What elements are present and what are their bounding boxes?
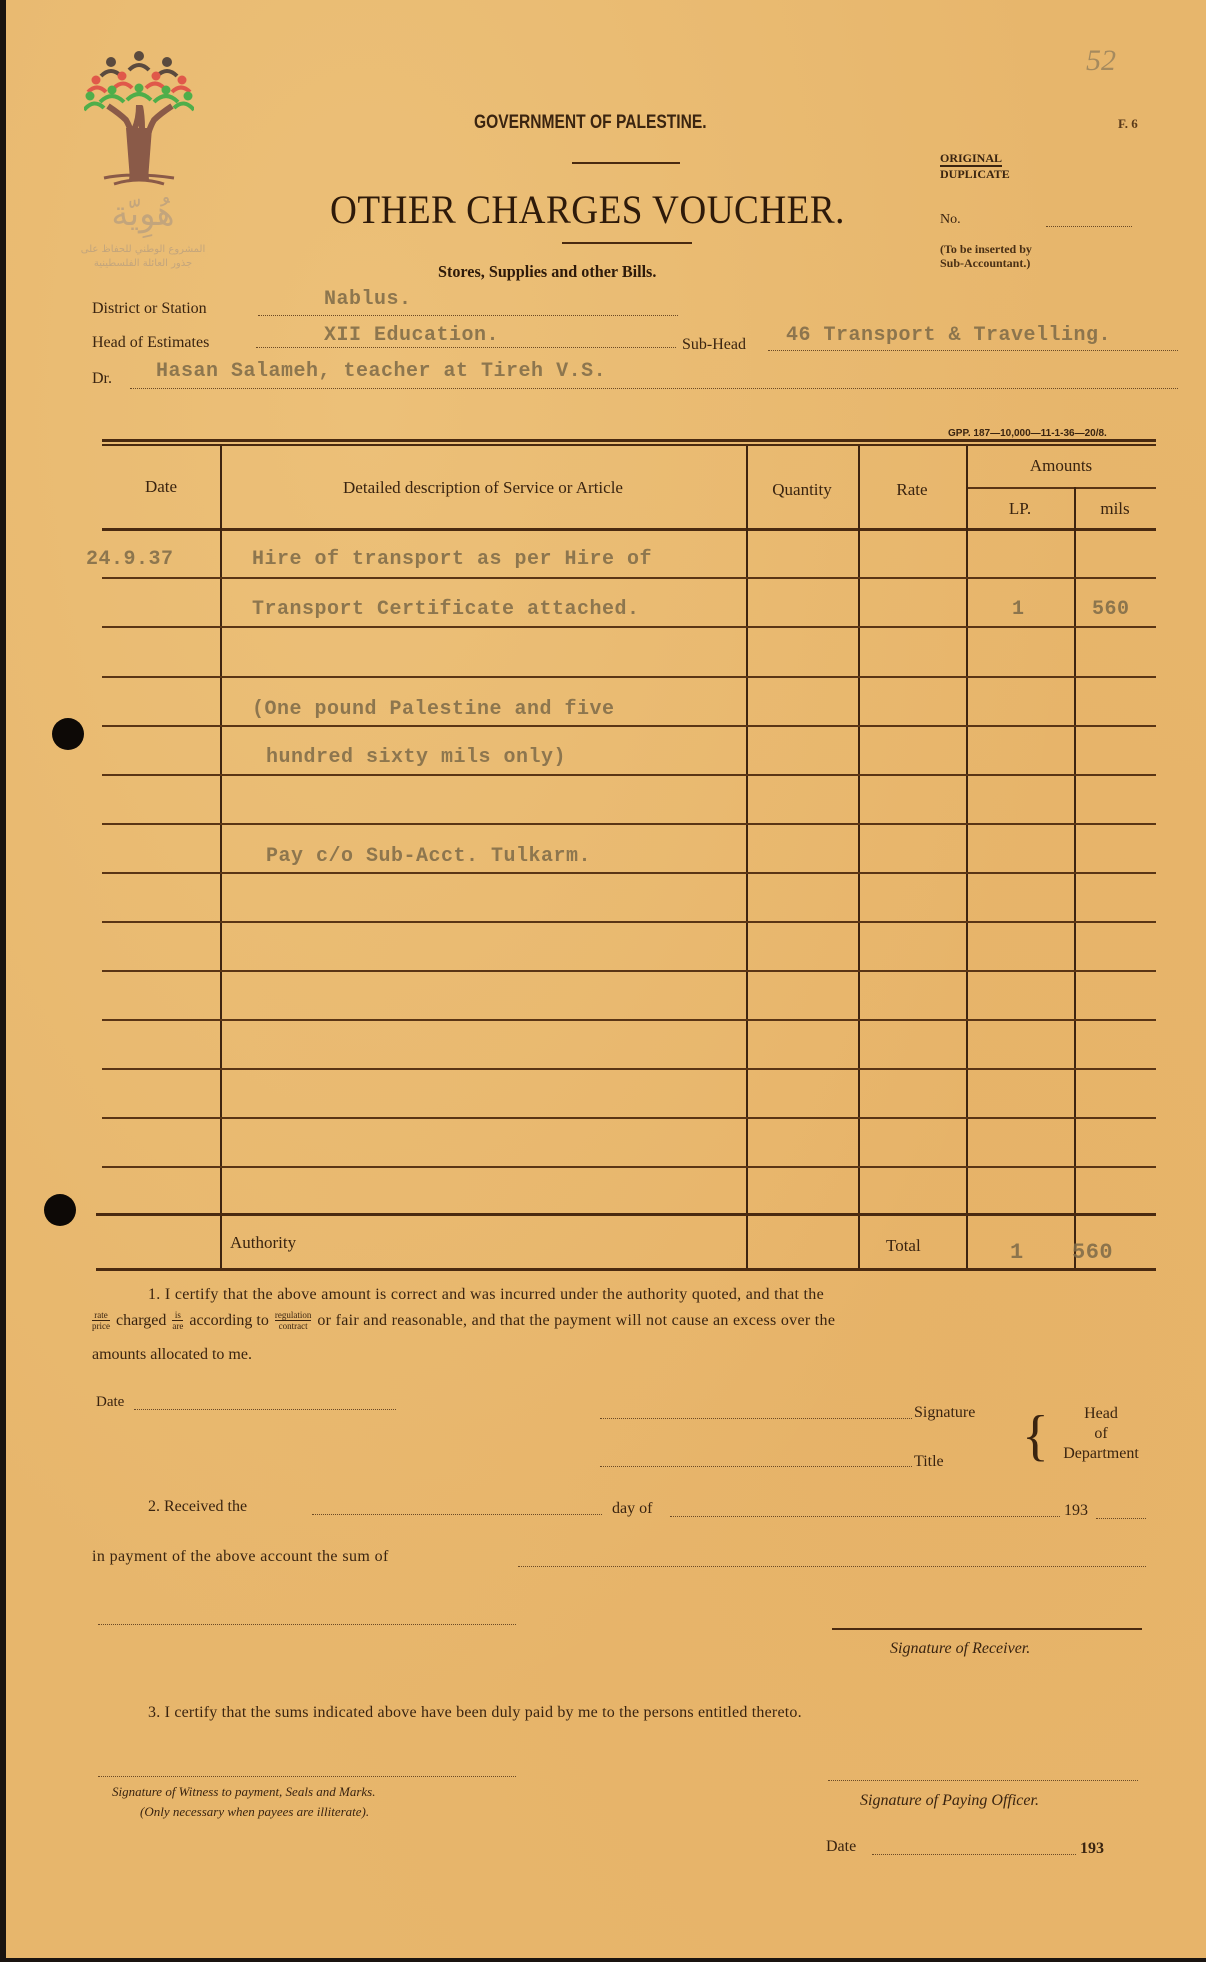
voucher-no-label: No. bbox=[940, 212, 961, 228]
row-line bbox=[102, 970, 1156, 972]
copy-duplicate: DUPLICATE bbox=[940, 167, 1010, 181]
header-bottom-rule bbox=[102, 528, 1156, 531]
row-line bbox=[102, 725, 1156, 727]
cert1-date-field[interactable] bbox=[134, 1409, 396, 1410]
col-header-mils: mils bbox=[1074, 499, 1156, 519]
received-year-prefix: 193 bbox=[1064, 1502, 1088, 1520]
row-description: Hire of transport as per Hire of bbox=[252, 548, 652, 571]
punch-hole bbox=[52, 718, 84, 750]
head-of-estimates-label: Head of Estimates bbox=[92, 334, 209, 352]
paying-year-prefix: 193 bbox=[1080, 1840, 1104, 1858]
head-of-department-label: Head of Department bbox=[1052, 1404, 1150, 1464]
row-date: 24.9.37 bbox=[86, 548, 174, 571]
row-line bbox=[102, 1068, 1156, 1070]
table-top-rule bbox=[102, 439, 1156, 442]
print-code: GPP. 187—10,000—11-1-36—20/8. bbox=[948, 428, 1107, 439]
col-divider bbox=[220, 446, 222, 1270]
copy-original: ORIGINAL bbox=[940, 151, 1002, 167]
hod-title-field[interactable] bbox=[600, 1466, 912, 1467]
sum-field-continuation[interactable] bbox=[98, 1624, 516, 1625]
witness-note: (Only necessary when payees are illitera… bbox=[140, 1804, 369, 1820]
row-lp: 1 bbox=[1012, 598, 1025, 621]
family-tree-logo-icon bbox=[84, 50, 194, 190]
table-body-bottom-rule bbox=[96, 1213, 1156, 1216]
is-are-fraction: is are bbox=[172, 1310, 183, 1331]
receiver-signature-label: Signature of Receiver. bbox=[890, 1640, 1030, 1658]
received-the-label: 2. Received the bbox=[148, 1498, 247, 1516]
row-line bbox=[102, 1117, 1156, 1119]
voucher-no-field[interactable] bbox=[1046, 226, 1132, 227]
row-line bbox=[102, 872, 1156, 874]
paying-officer-signature-field[interactable] bbox=[828, 1780, 1138, 1781]
rate-price-fraction: rate price bbox=[92, 1310, 110, 1331]
col-divider bbox=[746, 446, 748, 1270]
row-description: Transport Certificate attached. bbox=[252, 598, 640, 621]
district-label: District or Station bbox=[92, 300, 207, 318]
received-day-field[interactable] bbox=[312, 1514, 602, 1515]
district-value[interactable]: Nablus. bbox=[324, 288, 412, 311]
witness-signature-field[interactable] bbox=[98, 1776, 516, 1777]
col-divider bbox=[966, 446, 968, 1270]
sub-head-line bbox=[768, 350, 1178, 351]
row-line bbox=[102, 626, 1156, 628]
cert1-line1: 1. I certify that the above amount is co… bbox=[148, 1286, 824, 1304]
cert1-line3: amounts allocated to me. bbox=[92, 1346, 252, 1364]
col-divider bbox=[858, 446, 860, 1270]
authority-label: Authority bbox=[230, 1233, 296, 1253]
signature-label: Signature bbox=[914, 1404, 975, 1422]
table-top-rule bbox=[102, 444, 1156, 446]
row-description: hundred sixty mils only) bbox=[266, 746, 566, 769]
brace-icon: { bbox=[1022, 1398, 1049, 1474]
dr-value[interactable]: Hasan Salameh, teacher at Tireh V.S. bbox=[156, 360, 606, 383]
sub-head-label: Sub-Head bbox=[682, 336, 746, 354]
col-divider bbox=[1074, 487, 1076, 1270]
sub-head-value[interactable]: 46 Transport & Travelling. bbox=[786, 324, 1111, 347]
regulation-contract-fraction: regulation contract bbox=[275, 1310, 312, 1331]
government-heading: GOVERNMENT OF PALESTINE. bbox=[474, 112, 707, 134]
district-line bbox=[258, 315, 678, 316]
sum-field[interactable] bbox=[518, 1566, 1146, 1567]
col-header-date: Date bbox=[102, 477, 220, 497]
total-lp: 1 bbox=[1010, 1240, 1024, 1265]
title-label: Title bbox=[914, 1453, 944, 1471]
row-line bbox=[102, 577, 1156, 579]
paying-date-field[interactable] bbox=[872, 1854, 1076, 1855]
col-header-lp: LP. bbox=[966, 499, 1074, 519]
voucher-page: هُوِيّة المشروع الوطني للحفاظ على جذور ا… bbox=[6, 0, 1206, 1958]
row-line bbox=[102, 1019, 1156, 1021]
cert3-text: 3. I certify that the sums indicated abo… bbox=[148, 1704, 802, 1722]
row-mils: 560 bbox=[1092, 598, 1130, 621]
day-of-label: day of bbox=[612, 1500, 652, 1518]
page-title: OTHER CHARGES VOUCHER. bbox=[330, 186, 845, 233]
form-code: F. 6 bbox=[1118, 116, 1138, 132]
total-mils: 560 bbox=[1072, 1240, 1113, 1265]
watermark-text: هُوِيّة المشروع الوطني للحفاظ على جذور ا… bbox=[68, 195, 218, 271]
punch-hole bbox=[44, 1194, 76, 1226]
voucher-no-note: (To be inserted by Sub-Accountant.) bbox=[940, 242, 1032, 270]
amounts-divider bbox=[966, 487, 1156, 489]
col-header-rate: Rate bbox=[858, 480, 966, 500]
dr-line bbox=[130, 388, 1178, 389]
row-description: Pay c/o Sub-Acct. Tulkarm. bbox=[266, 845, 591, 868]
row-line bbox=[102, 774, 1156, 776]
row-line bbox=[102, 676, 1156, 678]
head-of-estimates-value[interactable]: XII Education. bbox=[324, 324, 499, 347]
col-header-quantity: Quantity bbox=[746, 480, 858, 500]
divider bbox=[562, 242, 692, 244]
received-year-field[interactable] bbox=[1096, 1518, 1146, 1519]
received-month-field[interactable] bbox=[670, 1516, 1060, 1517]
paying-date-label: Date bbox=[826, 1838, 856, 1856]
col-header-amounts: Amounts bbox=[966, 456, 1156, 476]
divider bbox=[572, 162, 680, 164]
payment-line-label: in payment of the above account the sum … bbox=[92, 1548, 389, 1566]
receiver-signature-line[interactable] bbox=[832, 1628, 1142, 1630]
row-line bbox=[102, 921, 1156, 923]
hod-signature-field[interactable] bbox=[600, 1418, 912, 1419]
cert1-date-label: Date bbox=[96, 1394, 124, 1411]
row-line bbox=[102, 823, 1156, 825]
total-label: Total bbox=[886, 1236, 921, 1256]
witness-label: Signature of Witness to payment, Seals a… bbox=[112, 1784, 375, 1800]
row-line bbox=[102, 1166, 1156, 1168]
copy-type: ORIGINAL DUPLICATE bbox=[940, 151, 1010, 181]
head-line bbox=[256, 347, 676, 348]
row-description: (One pound Palestine and five bbox=[252, 698, 615, 721]
cert1-line2: rate price charged is are according to r… bbox=[92, 1310, 835, 1331]
col-header-description: Detailed description of Service or Artic… bbox=[220, 478, 746, 498]
page-number: 52 bbox=[1086, 44, 1116, 78]
voucher-subtitle: Stores, Supplies and other Bills. bbox=[438, 262, 656, 282]
dr-label: Dr. bbox=[92, 370, 112, 388]
paying-officer-label: Signature of Paying Officer. bbox=[860, 1792, 1039, 1810]
table-bottom-rule bbox=[96, 1268, 1156, 1271]
